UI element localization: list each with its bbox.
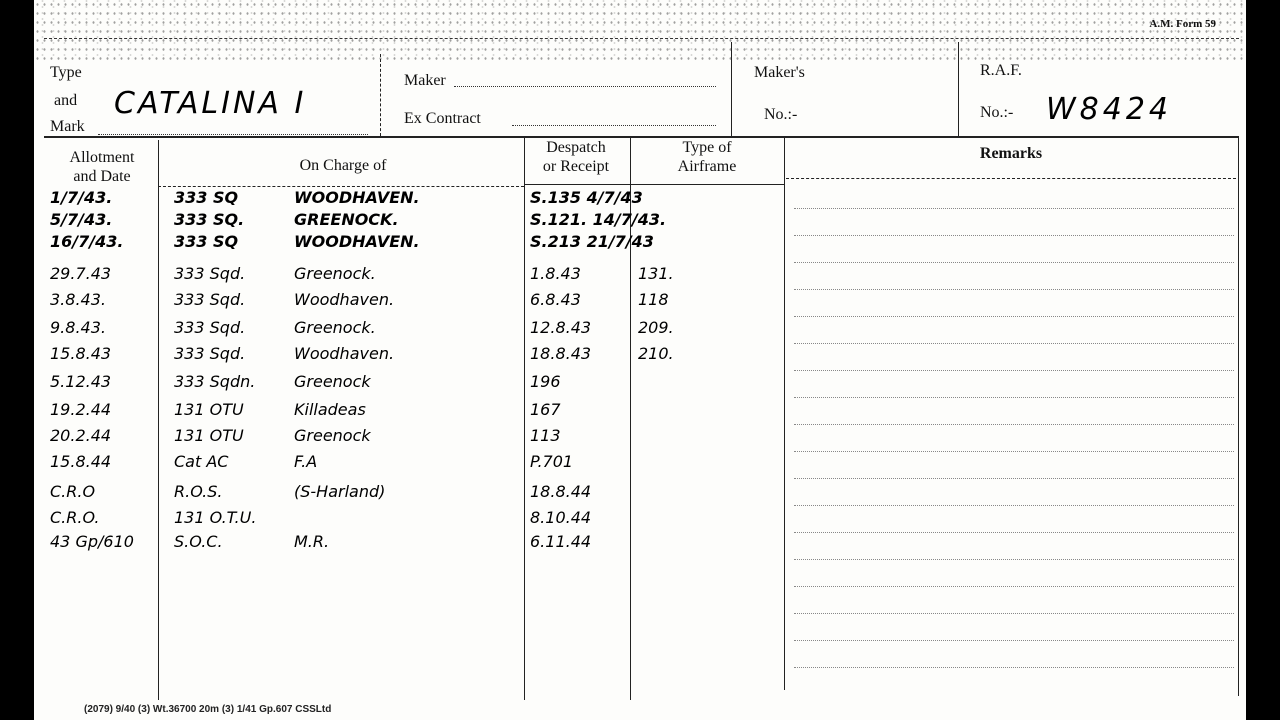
remarks-rule bbox=[794, 316, 1234, 317]
row-place: Greenock bbox=[294, 426, 371, 445]
column-rule bbox=[1238, 136, 1239, 696]
heading-underline bbox=[158, 186, 524, 187]
row-date: 5.12.43 bbox=[50, 372, 111, 391]
col-despatch: Despatch or Receipt bbox=[524, 138, 628, 176]
makers-no-label: No.:- bbox=[764, 106, 797, 124]
remarks-rule bbox=[794, 559, 1234, 560]
raf-label: R.A.F. bbox=[980, 62, 1022, 80]
column-rule bbox=[158, 140, 159, 700]
row-despatch: 6.11.44 bbox=[530, 532, 591, 551]
column-rule bbox=[524, 136, 525, 700]
col-allotment: Allotment and Date bbox=[48, 148, 156, 186]
row-airframe: 131. bbox=[638, 264, 674, 283]
row-place: Woodhaven. bbox=[294, 290, 394, 309]
row-place: WOODHAVEN. bbox=[294, 188, 420, 207]
row-unit: R.O.S. bbox=[174, 482, 222, 501]
type-label: Type bbox=[50, 64, 82, 82]
divider bbox=[731, 42, 732, 136]
row-date: 19.2.44 bbox=[50, 400, 111, 419]
row-despatch: 18.8.43 bbox=[530, 344, 591, 363]
row-place: Greenock bbox=[294, 372, 371, 391]
row-unit: Cat AC bbox=[174, 452, 228, 471]
ex-contract-label: Ex Contract bbox=[404, 110, 481, 128]
row-place: Greenock. bbox=[294, 318, 376, 337]
row-date: 1/7/43. bbox=[50, 188, 112, 207]
row-date: 29.7.43 bbox=[50, 264, 111, 283]
remarks-rule bbox=[794, 667, 1234, 668]
row-place: Killadeas bbox=[294, 400, 366, 419]
divider bbox=[380, 54, 381, 136]
and-label: and bbox=[54, 92, 77, 110]
col-remarks: Remarks bbox=[786, 144, 1236, 163]
aircraft-movement-card: A.M. Form 59 Type and Mark CATALINA I Ma… bbox=[34, 0, 1246, 720]
remarks-rule bbox=[794, 532, 1234, 533]
row-unit: 333 Sqd. bbox=[174, 344, 245, 363]
row-despatch: 1.8.43 bbox=[530, 264, 581, 283]
remarks-rule bbox=[794, 586, 1234, 587]
row-unit: 333 Sqdn. bbox=[174, 372, 255, 391]
col-airframe-line1: Type of bbox=[632, 138, 782, 157]
remarks-rule bbox=[794, 451, 1234, 452]
col-airframe-line2: Airframe bbox=[632, 157, 782, 176]
row-unit: 333 Sqd. bbox=[174, 290, 245, 309]
remarks-rule bbox=[794, 397, 1234, 398]
row-despatch: 8.10.44 bbox=[530, 508, 591, 527]
row-place: Greenock. bbox=[294, 264, 376, 283]
divider bbox=[958, 42, 959, 136]
row-airframe: 209. bbox=[638, 318, 674, 337]
row-date: 15.8.43 bbox=[50, 344, 111, 363]
row-date: C.R.O. bbox=[50, 508, 100, 527]
row-airframe: 210. bbox=[638, 344, 674, 363]
row-unit: 333 SQ bbox=[174, 232, 238, 251]
col-allotment-line1: Allotment bbox=[48, 148, 156, 167]
row-unit: 333 SQ. bbox=[174, 210, 244, 229]
contract-dotted-line bbox=[512, 125, 716, 126]
col-despatch-line2: or Receipt bbox=[524, 157, 628, 176]
row-place: M.R. bbox=[294, 532, 329, 551]
col-despatch-line1: Despatch bbox=[524, 138, 628, 157]
row-date: C.R.O bbox=[50, 482, 95, 501]
row-unit: S.O.C. bbox=[174, 532, 223, 551]
row-despatch: 113 bbox=[530, 426, 561, 445]
column-rule bbox=[784, 136, 785, 690]
row-place: GREENOCK. bbox=[294, 210, 399, 229]
row-date: 15.8.44 bbox=[50, 452, 111, 471]
remarks-rule bbox=[794, 235, 1234, 236]
col-on-charge: On Charge of bbox=[162, 156, 524, 175]
row-date: 3.8.43. bbox=[50, 290, 106, 309]
raf-no-label: No.:- bbox=[980, 104, 1013, 122]
row-despatch: 18.8.44 bbox=[530, 482, 591, 501]
row-unit: 333 SQ bbox=[174, 188, 238, 207]
row-place: F.A bbox=[294, 452, 317, 471]
row-despatch: S.121. 14/7/43. bbox=[530, 210, 666, 229]
row-place: WOODHAVEN. bbox=[294, 232, 420, 251]
row-despatch: 6.8.43 bbox=[530, 290, 581, 309]
row-despatch: 167 bbox=[530, 400, 561, 419]
top-border bbox=[44, 38, 1239, 39]
remarks-rule bbox=[794, 478, 1234, 479]
makers-label: Maker's bbox=[754, 64, 805, 82]
remarks-rule bbox=[794, 343, 1234, 344]
row-despatch: S.213 21/7/43 bbox=[530, 232, 654, 251]
row-date: 20.2.44 bbox=[50, 426, 111, 445]
row-date: 9.8.43. bbox=[50, 318, 106, 337]
remarks-rule bbox=[794, 640, 1234, 641]
row-despatch: 12.8.43 bbox=[530, 318, 591, 337]
form-number: A.M. Form 59 bbox=[1149, 18, 1216, 30]
row-unit: 333 Sqd. bbox=[174, 264, 245, 283]
row-place: (S-Harland) bbox=[294, 482, 385, 501]
col-allotment-line2: and Date bbox=[48, 167, 156, 186]
remarks-rule bbox=[794, 613, 1234, 614]
heading-underline bbox=[524, 184, 784, 185]
scan-noise bbox=[34, 0, 1246, 60]
remarks-rule bbox=[794, 424, 1234, 425]
remarks-rule bbox=[794, 262, 1234, 263]
type-mark-value: CATALINA I bbox=[114, 86, 306, 121]
maker-dotted-line bbox=[454, 86, 716, 87]
printer-imprint: (2079) 9/40 (3) Wt.36700 20m (3) 1/41 Gp… bbox=[84, 704, 331, 715]
remarks-rule bbox=[794, 505, 1234, 506]
maker-label: Maker bbox=[404, 72, 446, 90]
row-despatch: P.701 bbox=[530, 452, 573, 471]
row-date: 5/7/43. bbox=[50, 210, 112, 229]
remarks-rule bbox=[794, 208, 1234, 209]
row-place: Woodhaven. bbox=[294, 344, 394, 363]
mark-label: Mark bbox=[50, 118, 85, 136]
row-unit: 131 OTU bbox=[174, 426, 244, 445]
row-date: 43 Gp/610 bbox=[50, 532, 134, 551]
row-airframe: 118 bbox=[638, 290, 669, 309]
row-unit: 333 Sqd. bbox=[174, 318, 245, 337]
row-despatch: S.135 4/7/43 bbox=[530, 188, 643, 207]
row-unit: 131 OTU bbox=[174, 400, 244, 419]
mark-dotted-line bbox=[98, 134, 368, 135]
remarks-rule bbox=[794, 370, 1234, 371]
heading-underline bbox=[786, 178, 1236, 179]
raf-serial-value: W8424 bbox=[1046, 92, 1172, 127]
row-despatch: 196 bbox=[530, 372, 561, 391]
row-date: 16/7/43. bbox=[50, 232, 123, 251]
remarks-rule bbox=[794, 289, 1234, 290]
col-airframe: Type of Airframe bbox=[632, 138, 782, 176]
row-unit: 131 O.T.U. bbox=[174, 508, 256, 527]
